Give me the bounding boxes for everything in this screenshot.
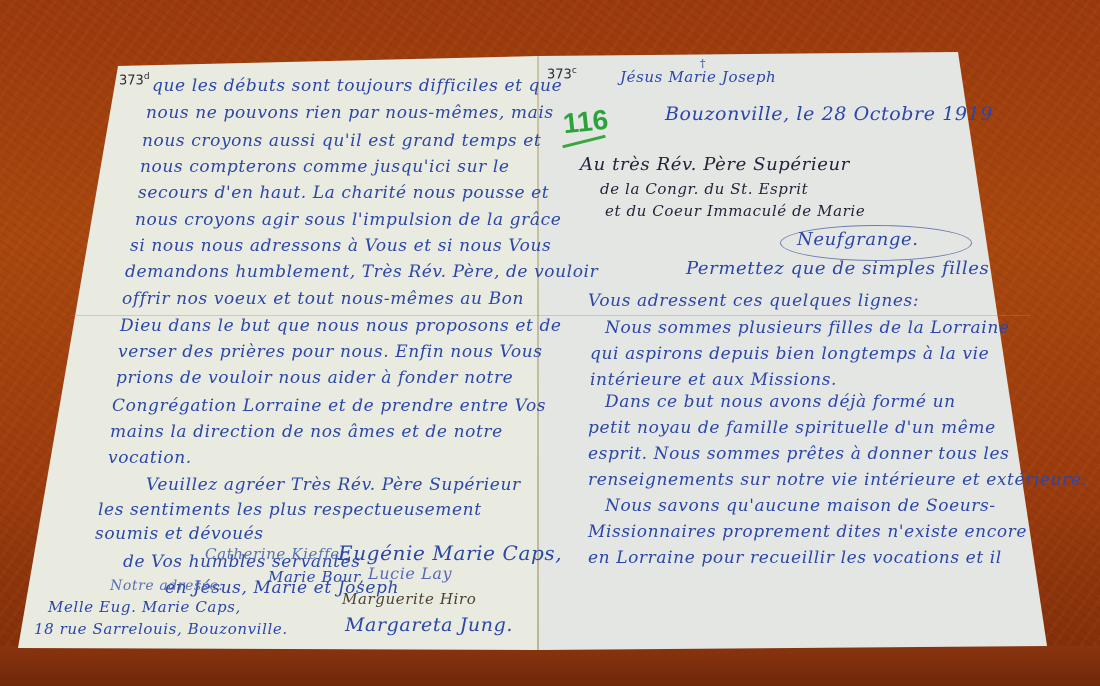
left-body-line: Congrégation Lorraine et de prendre entr… <box>112 396 546 416</box>
archive-number-suffix: c <box>572 66 577 76</box>
left-body-line: demandons humblement, Très Rév. Père, de… <box>125 262 598 282</box>
left-body-line: verser des prières pour nous. Enfin nous… <box>118 342 543 362</box>
closing-line: Veuillez agréer Très Rév. Père Supérieur <box>146 475 521 495</box>
right-body-line: Permettez que de simples filles <box>686 258 989 279</box>
recipient-place: Neufgrange. <box>797 229 919 250</box>
left-body-line: nous croyons agir sous l'impulsion de la… <box>135 210 561 230</box>
left-body-line: que les débuts sont toujours difficiles … <box>152 76 562 96</box>
right-body-line: renseignements sur notre vie intérieure … <box>588 470 1088 490</box>
place-date: Bouzonville, le 28 Octobre 1919 <box>665 103 993 125</box>
left-body-line: vocation. <box>108 448 192 468</box>
left-body-line: nous compterons comme jusqu'ici sur le <box>140 157 510 177</box>
invocation: Jésus Marie Joseph <box>620 68 776 86</box>
right-body-line: intérieure et aux Missions. <box>590 370 837 390</box>
left-body-line: mains la direction de nos âmes et de not… <box>110 422 503 442</box>
left-body-line: nous ne pouvons rien par nous-mêmes, mai… <box>146 103 554 123</box>
closing-line: soumis et dévoués <box>95 524 264 544</box>
wooden-table <box>0 646 1100 686</box>
right-body-line: esprit. Nous sommes prêtes à donner tous… <box>588 444 1009 464</box>
signature-eugenie-marie-caps: Eugénie Marie Caps, <box>338 541 562 565</box>
right-body-line: Vous adressent ces quelques lignes: <box>588 291 919 311</box>
signature-lucie-lay: Lucie Lay <box>368 564 452 583</box>
right-body-line: Dans ce but nous avons déjà formé un <box>605 392 956 412</box>
signature-catherine-kieffer: Catherine Kieffer, <box>205 545 351 563</box>
recipient-line: de la Congr. du St. Esprit <box>600 180 808 198</box>
archive-number-value: 373 <box>547 67 572 82</box>
closing-line: les sentiments les plus respectueusement <box>98 500 482 520</box>
right-body-line: Nous sommes plusieurs filles de la Lorra… <box>605 318 1010 338</box>
recipient-line: Au très Rév. Père Supérieur <box>580 154 850 175</box>
right-body-line: en Lorraine pour recueillir les vocation… <box>588 548 1002 568</box>
right-body-line: Nous savons qu'aucune maison de Soeurs- <box>605 496 996 516</box>
archive-number-value: 373 <box>119 73 144 88</box>
left-body-line: prions de vouloir nous aider à fonder no… <box>116 368 513 388</box>
archive-number-suffix: d <box>144 72 150 82</box>
address-street-city: 18 rue Sarrelouis, Bouzonville. <box>34 620 288 638</box>
left-body-line: secours d'en haut. La charité nous pouss… <box>138 183 549 203</box>
recipient-line: et du Coeur Immaculé de Marie <box>605 202 865 220</box>
signature-marie-bour: Marie Bour, <box>268 568 365 586</box>
right-body-line: Missionnaires proprement dites n'existe … <box>588 522 1027 542</box>
right-archive-number: 373c <box>547 66 577 82</box>
right-body-line: petit noyau de famille spirituelle d'un … <box>588 418 996 438</box>
left-archive-number: 373d <box>119 72 150 88</box>
left-body-line: offrir nos voeux et tout nous-mêmes au B… <box>122 289 524 309</box>
left-body-line: nous croyons aussi qu'il est grand temps… <box>142 131 541 151</box>
signature-marguerite-hiro: Marguerite Hiro <box>342 590 476 608</box>
address-label: Notre adresse: <box>110 578 224 594</box>
right-body-line: qui aspirons depuis bien longtemps à la … <box>590 344 989 364</box>
signature-margareta-jung: Margareta Jung. <box>345 614 513 636</box>
left-body-line: si nous nous adressons à Vous et si nous… <box>130 236 551 256</box>
left-body-line: Dieu dans le but que nous nous proposons… <box>120 316 562 336</box>
address-name: Melle Eug. Marie Caps, <box>48 598 241 616</box>
